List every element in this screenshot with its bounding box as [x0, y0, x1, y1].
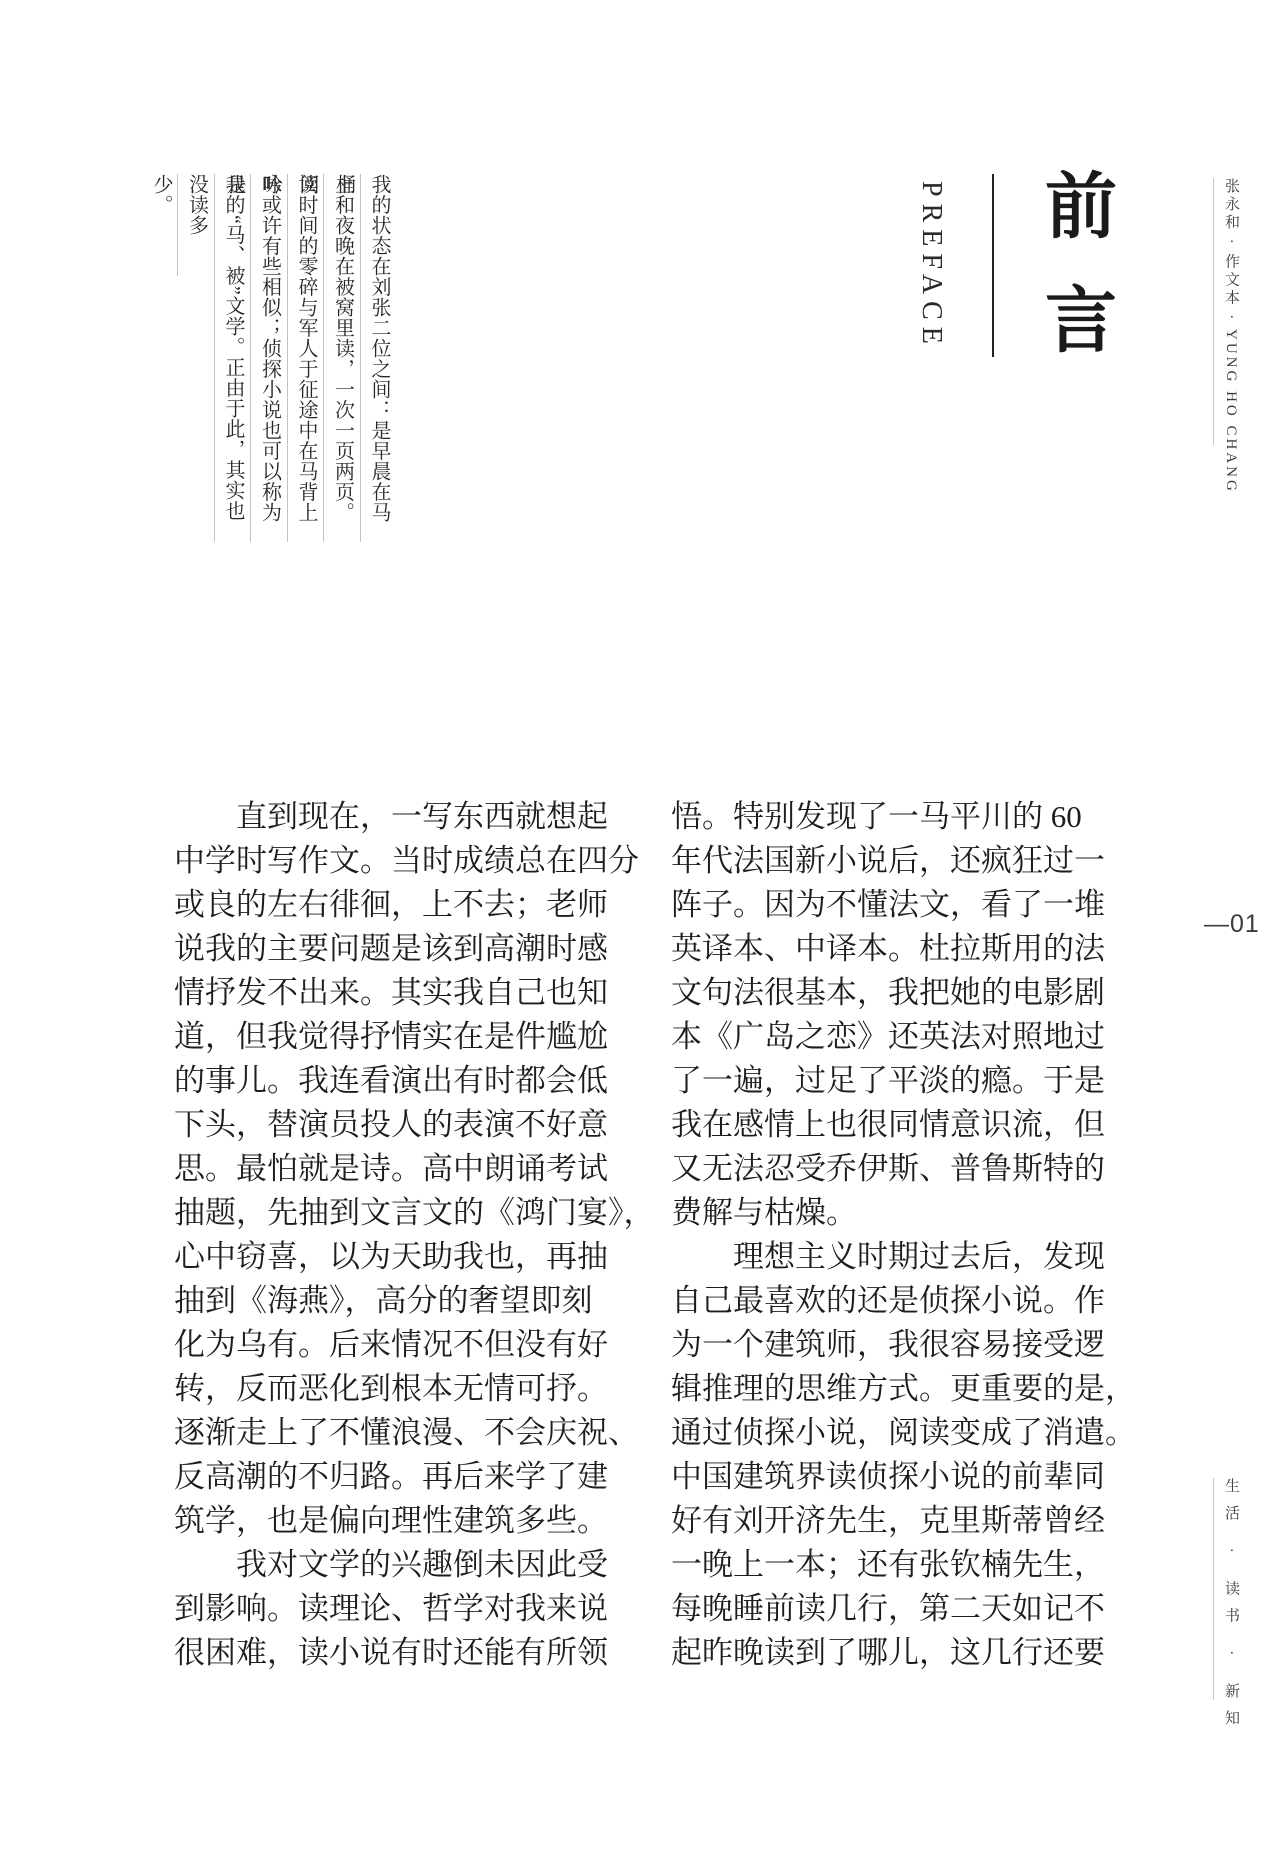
text-line: 自己最喜欢的还是侦探小说。作 [671, 1279, 1107, 1323]
text-line: 又无法忍受乔伊斯、普鲁斯特的 [671, 1147, 1107, 1191]
text-line: 我在感情上也很同情意识流，但 [671, 1103, 1107, 1147]
text-line: 本《广岛之恋》还英法对照地过 [671, 1015, 1107, 1059]
margin-note-column: 读时间的零碎与军人于征途中在马背上吟 [287, 174, 324, 542]
text-line: 很困难，读小说有时还能有所领 [174, 1631, 610, 1675]
text-line: 费解与枯燥。 [671, 1191, 1107, 1235]
text-line: 抽题，先抽到文言文的《鸿门宴》， [174, 1191, 610, 1235]
text-line: 好有刘开济先生，克里斯蒂曾经 [671, 1499, 1107, 1543]
publisher-imprint: 生活 · 读书 · 新知 [1221, 1478, 1242, 1737]
margin-note-column: 咏或许有些相似；侦探小说也可以称为是 [250, 174, 287, 542]
text-line: 思。最怕就是诗。高中朗诵考试 [174, 1147, 610, 1191]
text-line: 通过侦探小说，阅读变成了消遣。 [671, 1411, 1107, 1455]
text-line: 理想主义时期过去后，发现 [671, 1235, 1107, 1279]
text-line: 中学时写作文。当时成绩总在四分 [174, 839, 610, 883]
book-spine-title: 张永和 · 作文本 · YUNG HO CHANG [1221, 178, 1242, 494]
margin-note: 我的状态在刘张二位之间：是早晨在马桶上和夜晚在被窝里读，一次一页两页。阅读时间的… [177, 174, 396, 542]
chapter-title-chinese: 前言 [1022, 168, 1126, 396]
body-column-right: 悟。特别发现了一马平川的 60年代法国新小说后，还疯狂过一阵子。因为不懂法文，看… [671, 795, 1107, 1675]
text-line: 英译本、中译本。杜拉斯用的法 [671, 927, 1107, 971]
text-line: 反高潮的不归路。再后来学了建 [174, 1455, 610, 1499]
text-line: 心中窃喜，以为天助我也，再抽 [174, 1235, 610, 1279]
text-line: 中国建筑界读侦探小说的前辈同 [671, 1455, 1107, 1499]
text-line: 抽到《海燕》，高分的奢望即刻 [174, 1279, 610, 1323]
text-line: 道，但我觉得抒情实在是件尴尬 [174, 1015, 610, 1059]
text-line: 到影响。读理论、哲学对我来说 [174, 1587, 610, 1631]
margin-note-column: 我的状态在刘张二位之间：是早晨在马桶 [360, 174, 397, 542]
text-line: 的事儿。我连看演出有时都会低 [174, 1059, 610, 1103]
text-line: 辑推理的思维方式。更重要的是， [671, 1367, 1107, 1411]
text-line: 逐渐走上了不懂浪漫、不会庆祝、 [174, 1411, 610, 1455]
text-line: 或良的左右徘徊，上不去；老师 [174, 883, 610, 927]
text-line: 转，反而恶化到根本无情可抒。 [174, 1367, 610, 1411]
text-line: 每晚睡前读几行，第二天如记不 [671, 1587, 1107, 1631]
text-line: 为一个建筑师，我很容易接受逻 [671, 1323, 1107, 1367]
text-line: 起昨晚读到了哪儿，这几行还要 [671, 1631, 1107, 1675]
text-line: 下头，替演员投人的表演不好意 [174, 1103, 610, 1147]
margin-note-column: 没读多少。 [177, 174, 214, 276]
text-line: 悟。特别发现了一马平川的 60 [671, 795, 1107, 839]
text-line: 年代法国新小说后，还疯狂过一 [671, 839, 1107, 883]
margin-note-column: 上和夜晚在被窝里读，一次一页两页。阅 [323, 174, 360, 542]
spine-rule-bottom [1213, 1478, 1214, 1700]
text-line: 直到现在，一写东西就想起 [174, 795, 610, 839]
spine-rule-top [1213, 178, 1214, 445]
text-line: 筑学，也是偏向理性建筑多些。 [174, 1499, 610, 1543]
book-page: 我的状态在刘张二位之间：是早晨在马桶上和夜晚在被窝里读，一次一页两页。阅读时间的… [0, 0, 1280, 1854]
text-line: 了一遍，过足了平淡的瘾。于是 [671, 1059, 1107, 1103]
body-column-left: 直到现在，一写东西就想起中学时写作文。当时成绩总在四分或良的左右徘徊，上不去；老… [174, 795, 610, 1675]
margin-note-column: 我的“马、被”文学。正由于此，其实也 [214, 174, 251, 542]
title-divider-rule [992, 174, 994, 357]
text-line: 文句法很基本，我把她的电影剧 [671, 971, 1107, 1015]
text-line: 化为乌有。后来情况不但没有好 [174, 1323, 610, 1367]
text-line: 说我的主要问题是该到高潮时感 [174, 927, 610, 971]
text-line: 我对文学的兴趣倒未因此受 [174, 1543, 610, 1587]
chapter-title-english: PREFACE [915, 181, 947, 351]
page-number: —01 [1204, 910, 1260, 939]
text-line: 一晚上一本；还有张钦楠先生， [671, 1543, 1107, 1587]
text-line: 阵子。因为不懂法文，看了一堆 [671, 883, 1107, 927]
text-line: 情抒发不出来。其实我自己也知 [174, 971, 610, 1015]
